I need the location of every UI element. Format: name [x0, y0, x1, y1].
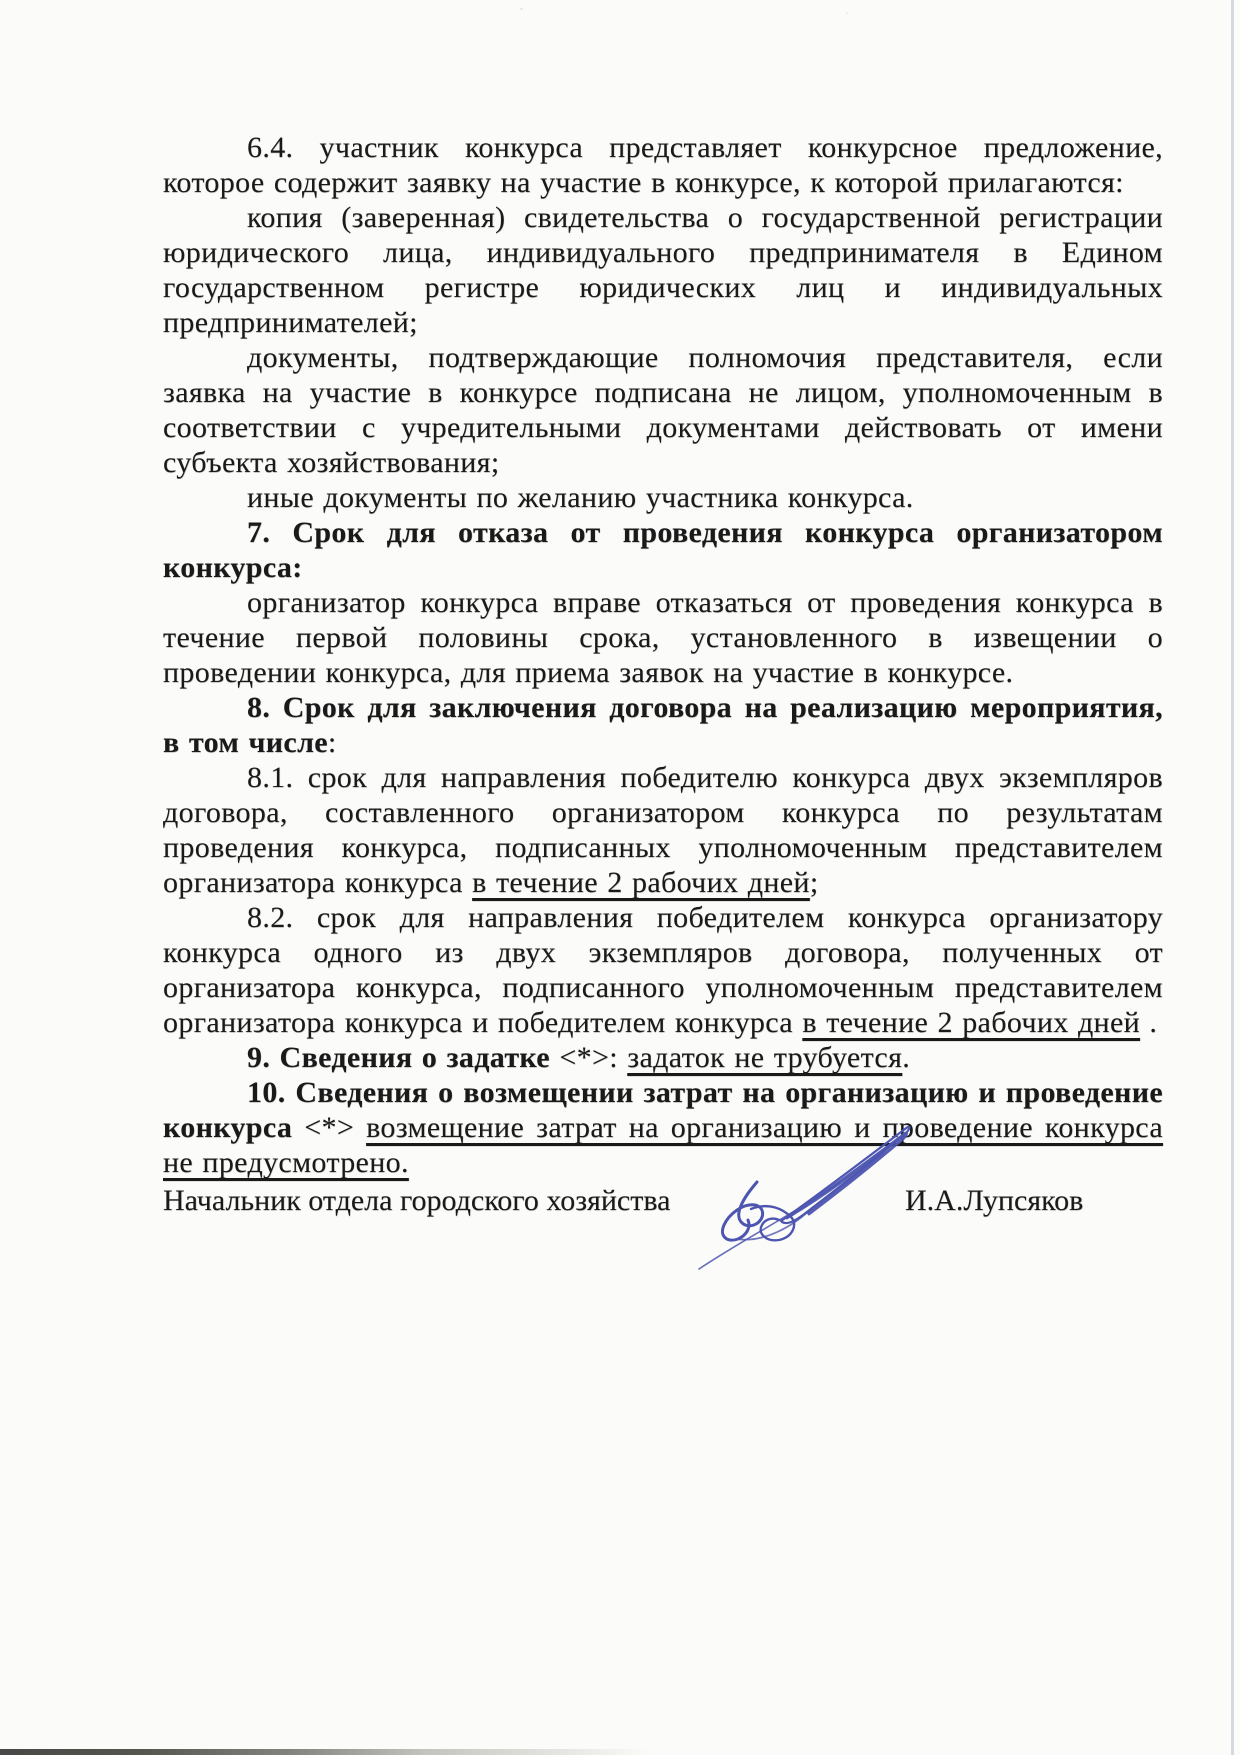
- paragraph: копия (заверенная) свидетельства о госуд…: [163, 200, 1163, 340]
- text-run: ;: [810, 866, 819, 899]
- text-run: .: [902, 1041, 910, 1074]
- text-run: в течение 2 рабочих дней: [472, 866, 810, 899]
- text-run: 9. Сведения о задатке: [247, 1041, 550, 1074]
- paragraph: 8. Срок для заключения договора на реали…: [163, 690, 1163, 760]
- signature-ink-scribble: [641, 1119, 923, 1281]
- scan-artifact-right-line: [1231, 0, 1234, 1755]
- paragraph: иные документы по желанию участника конк…: [163, 480, 1163, 515]
- text-run: 8. Срок для заключения договора на реали…: [163, 691, 1163, 759]
- paragraph: 7. Срок для отказа от проведения конкурс…: [163, 515, 1163, 585]
- text-run: 6.4. участник конкурса представляет конк…: [163, 131, 1163, 199]
- signature-block: Начальник отдела городского хозяйства И.…: [163, 1183, 1163, 1363]
- document-page: 6.4. участник конкурса представляет конк…: [0, 0, 1240, 1755]
- paragraph: 8.2. срок для направления победителем ко…: [163, 900, 1163, 1040]
- text-run: :: [328, 726, 337, 759]
- text-run: организатор конкурса вправе отказаться о…: [163, 586, 1163, 689]
- paragraph: 9. Сведения о задатке <*>: задаток не тр…: [163, 1040, 1163, 1075]
- document-body: 6.4. участник конкурса представляет конк…: [163, 130, 1163, 1180]
- text-run: иные документы по желанию участника конк…: [247, 481, 914, 514]
- paragraph: 6.4. участник конкурса представляет конк…: [163, 130, 1163, 200]
- scan-artifact-bottom-edge: [0, 1749, 650, 1755]
- text-run: копия (заверенная) свидетельства о госуд…: [163, 201, 1163, 339]
- text-run: документы, подтверждающие полномочия пре…: [163, 341, 1163, 479]
- paragraph: 8.1. срок для направления победителю кон…: [163, 760, 1163, 900]
- text-run: <*>:: [550, 1041, 627, 1074]
- scan-speck: [520, 8, 523, 10]
- signatory-title: Начальник отдела городского хозяйства: [163, 1183, 670, 1218]
- paragraph: документы, подтверждающие полномочия пре…: [163, 340, 1163, 480]
- signatory-name: И.А.Лупсяков: [905, 1183, 1083, 1218]
- text-run: 7. Срок для отказа от проведения конкурс…: [163, 516, 1163, 584]
- text-run: задаток не трубуется: [627, 1041, 902, 1074]
- scan-speck: [846, 12, 848, 14]
- paragraph: организатор конкурса вправе отказаться о…: [163, 585, 1163, 690]
- text-run: в течение 2 рабочих дней: [802, 1006, 1140, 1039]
- text-run: .: [1140, 1006, 1157, 1039]
- text-run: <*>: [292, 1111, 366, 1144]
